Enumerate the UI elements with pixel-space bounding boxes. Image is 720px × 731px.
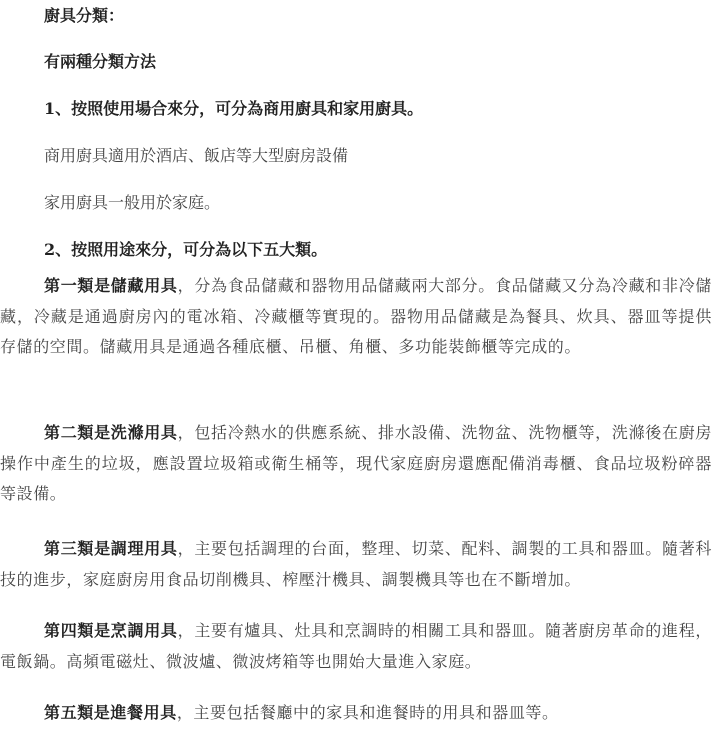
method1-household-line: 家用廚具一般用於家庭。	[44, 193, 220, 213]
document-subtitle: 有兩種分類方法	[44, 52, 156, 72]
method1-heading: 1、按照使用場合來分，可分為商用廚具和家用廚具。	[44, 99, 423, 119]
category-lead-cooking: 第四類是烹調用具	[44, 621, 178, 640]
category-lead-storage: 第一類是儲藏用具	[44, 276, 178, 295]
method2-heading: 2、按照用途來分，可分為以下五大類。	[44, 240, 327, 260]
category-paragraph-preparation: 第三類是調理用具，主要包括調理的台面，整理、切菜、配料、調製的工具和器皿。隨著科…	[0, 534, 712, 595]
category-lead-washing: 第二類是洗滌用具	[44, 423, 178, 442]
category-lead-dining: 第五類是進餐用具	[44, 703, 177, 722]
method1-commercial-line: 商用廚具適用於酒店、飯店等大型廚房設備	[44, 146, 348, 166]
category-paragraph-storage: 第一類是儲藏用具，分為食品儲藏和器物用品儲藏兩大部分。食品儲藏又分為冷藏和非冷儲…	[0, 271, 712, 363]
category-text-dining: ，主要包括餐廳中的家具和進餐時的用具和器皿等。	[177, 703, 559, 722]
document-title: 廚具分類：	[44, 6, 124, 26]
category-paragraph-dining: 第五類是進餐用具，主要包括餐廳中的家具和進餐時的用具和器皿等。	[0, 698, 712, 729]
document-body: 廚具分類： 有兩種分類方法 1、按照使用場合來分，可分為商用廚具和家用廚具。 商…	[0, 0, 720, 731]
category-paragraph-cooking: 第四類是烹調用具，主要有爐具、灶具和烹調時的相關工具和器皿。隨著廚房革命的進程，…	[0, 616, 712, 677]
category-paragraph-washing: 第二類是洗滌用具，包括冷熱水的供應系統、排水設備、洗物盆、洗物櫃等，洗滌後在廚房…	[0, 418, 712, 510]
category-lead-preparation: 第三類是調理用具	[44, 539, 178, 558]
